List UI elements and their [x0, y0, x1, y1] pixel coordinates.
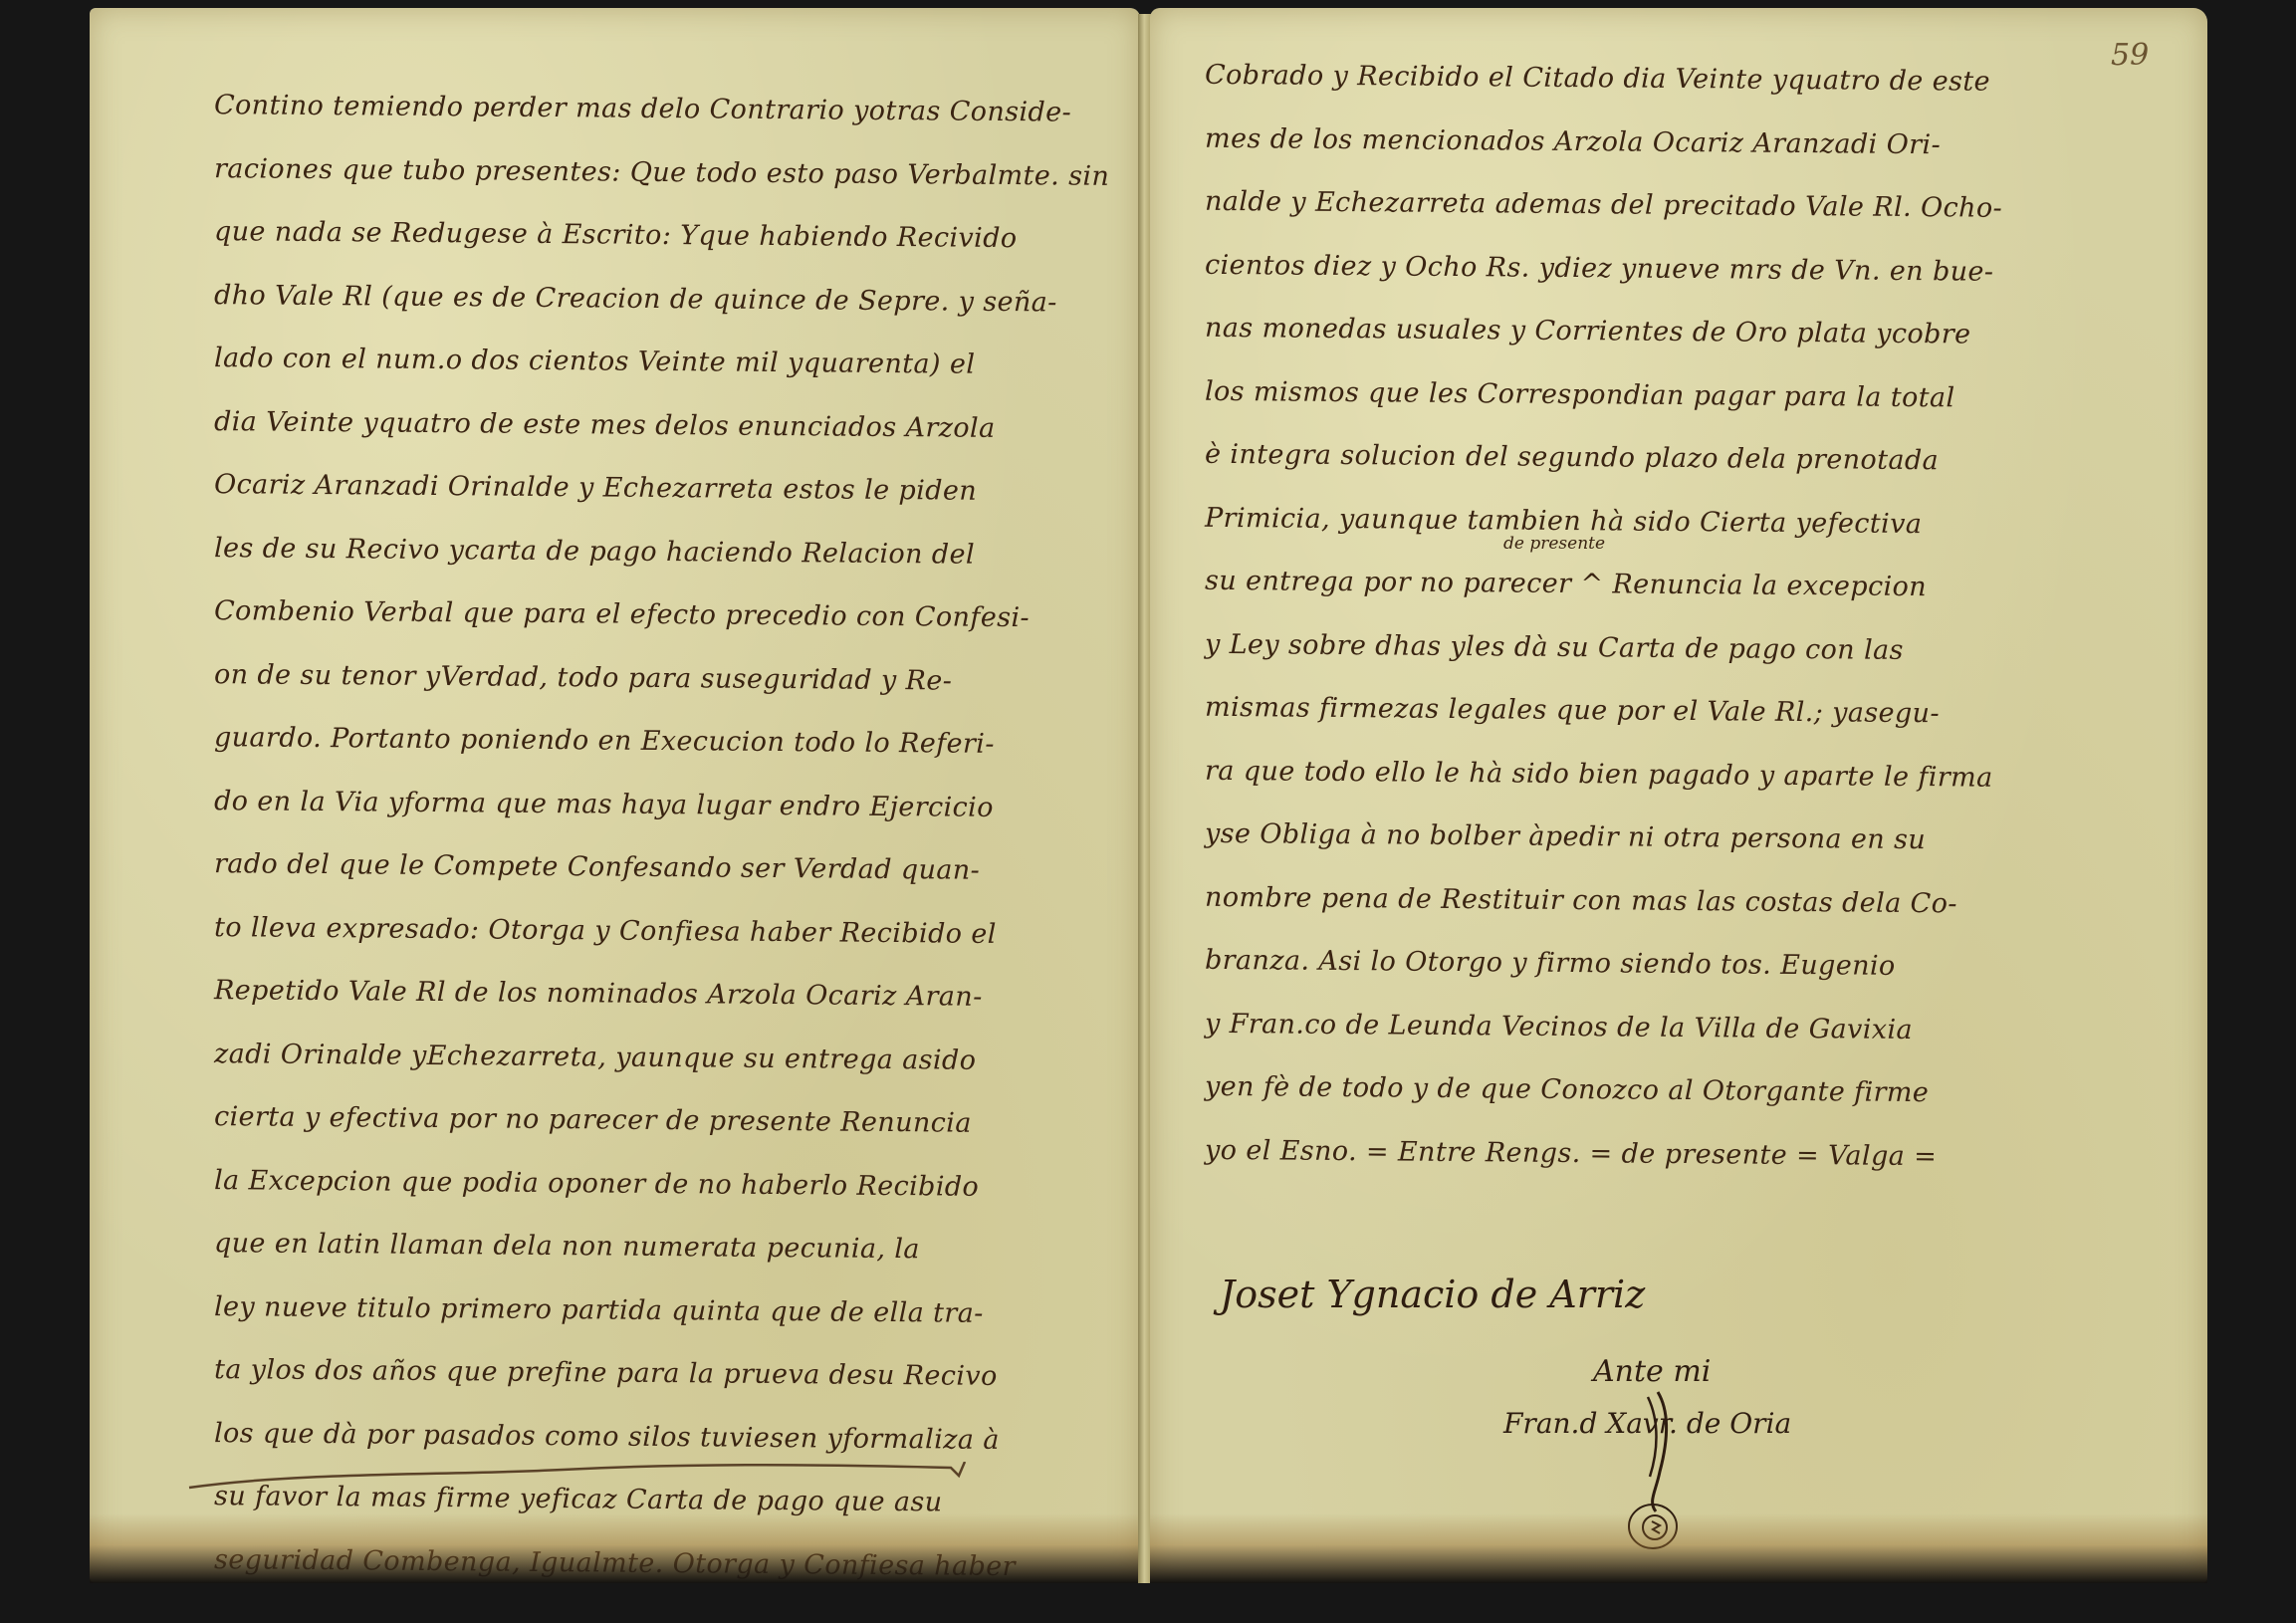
manuscript-line: do en la Via yforma que mas haya lugar e…	[214, 770, 1111, 840]
manuscript-line: on de su tenor yVerdad, todo para susegu…	[214, 643, 1111, 714]
manuscript-line: su entrega por no parecer ^ Renuncia la …	[1205, 550, 2162, 621]
burnt-bottom-edge	[90, 1513, 1140, 1583]
manuscript-line: yo el Esno. = Entre Rengs. = de presente…	[1205, 1118, 2162, 1190]
manuscript-line: rado del que le Compete Confesando ser V…	[214, 832, 1111, 903]
manuscript-line: yse Obliga à no bolber àpedir ni otra pe…	[1205, 803, 2162, 874]
manuscript-line: mismas firmezas legales que por el Vale …	[1205, 676, 2162, 748]
manuscript-line: to lleva expresado: Otorga y Confiesa ha…	[214, 896, 1111, 967]
manuscript-line: la Excepcion que podia oponer de no habe…	[214, 1149, 1111, 1220]
manuscript-line: nas monedas usuales y Corrientes de Oro …	[1205, 297, 2162, 368]
manuscript-line: dho Vale Rl (que es de Creacion de quinc…	[214, 264, 1111, 335]
manuscript-line: y Fran.co de Leunda Vecinos de la Villa …	[1205, 992, 2162, 1063]
manuscript-line: Contino temiendo perder mas delo Contrar…	[214, 74, 1111, 144]
manuscript-line: Ocariz Aranzadi Orinalde y Echezarreta e…	[214, 453, 1111, 524]
manuscript-line: que nada se Redugese à Escrito: Yque hab…	[214, 200, 1111, 271]
right-manuscript-page: 59 Cobrado y Recibido el Citado dia Vein…	[1150, 8, 2207, 1583]
manuscript-line: branza. Asi lo Otorgo y firmo siendo tos…	[1205, 929, 2162, 1001]
manuscript-line: Repetido Vale Rl de los nominados Arzola…	[214, 959, 1111, 1030]
manuscript-line: nombre pena de Restituir con mas las cos…	[1205, 865, 2162, 937]
manuscript-line: ley nueve titulo primero partida quinta …	[214, 1275, 1111, 1346]
manuscript-line: yen fè de todo y de que Conozco al Otorg…	[1205, 1055, 2162, 1127]
manuscript-line: zadi Orinalde yEchezarreta, yaunque su e…	[214, 1023, 1111, 1093]
manuscript-line: mes de los mencionados Arzola Ocariz Ara…	[1205, 107, 2162, 178]
manuscript-line: Cobrado y Recibido el Citado dia Veinte …	[1205, 44, 2162, 116]
manuscript-line: è integra solucion del segundo plazo del…	[1205, 423, 2162, 495]
manuscript-line: ta ylos dos años que prefine para la pru…	[214, 1338, 1111, 1409]
grantor-signature: Joset Ygnacio de Arriz	[1220, 1273, 1645, 1316]
burnt-bottom-edge	[1150, 1513, 2207, 1583]
manuscript-line: que en latin llaman dela non numerata pe…	[214, 1212, 1111, 1282]
manuscript-line: Primicia, yaunque tambien hà sido Cierta…	[1205, 486, 2162, 558]
manuscript-line: los mismos que les Correspondian pagar p…	[1205, 359, 2162, 431]
left-page-text: Contino temiendo perder mas delo Contrar…	[214, 78, 1110, 1595]
signature-block: Joset Ygnacio de Arriz Ante mi Fran.d Xa…	[1220, 1273, 2016, 1551]
manuscript-line: guardo. Portanto poniendo en Execucion t…	[214, 706, 1111, 777]
interlinear-insertion: de presente	[1503, 534, 1605, 554]
right-page-text: Cobrado y Recibido el Citado dia Veinte …	[1205, 48, 2161, 1186]
manuscript-line: raciones que tubo presentes: Que todo es…	[214, 137, 1111, 208]
manuscript-line: y Ley sobre dhas yles dà su Carta de pag…	[1205, 612, 2162, 684]
manuscript-line: ra que todo ello le hà sido bien pagado …	[1205, 739, 2162, 811]
manuscript-line: dia Veinte yquatro de este mes delos enu…	[214, 390, 1111, 461]
manuscript-line: Combenio Verbal que para el efecto prece…	[214, 580, 1111, 650]
manuscript-line: nalde y Echezarreta ademas del precitado…	[1205, 170, 2162, 242]
left-manuscript-page: Contino temiendo perder mas delo Contrar…	[90, 8, 1140, 1583]
manuscript-line: cientos diez y Ocho Rs. ydiez ynueve mrs…	[1205, 233, 2162, 305]
manuscript-line: les de su Recivo ycarta de pago haciendo…	[214, 517, 1111, 587]
manuscript-line: lado con el num.o dos cientos Veinte mil…	[214, 327, 1111, 397]
closing-flourish-line	[184, 1462, 971, 1492]
manuscript-line: cierta y efectiva por no parecer de pres…	[214, 1085, 1111, 1156]
